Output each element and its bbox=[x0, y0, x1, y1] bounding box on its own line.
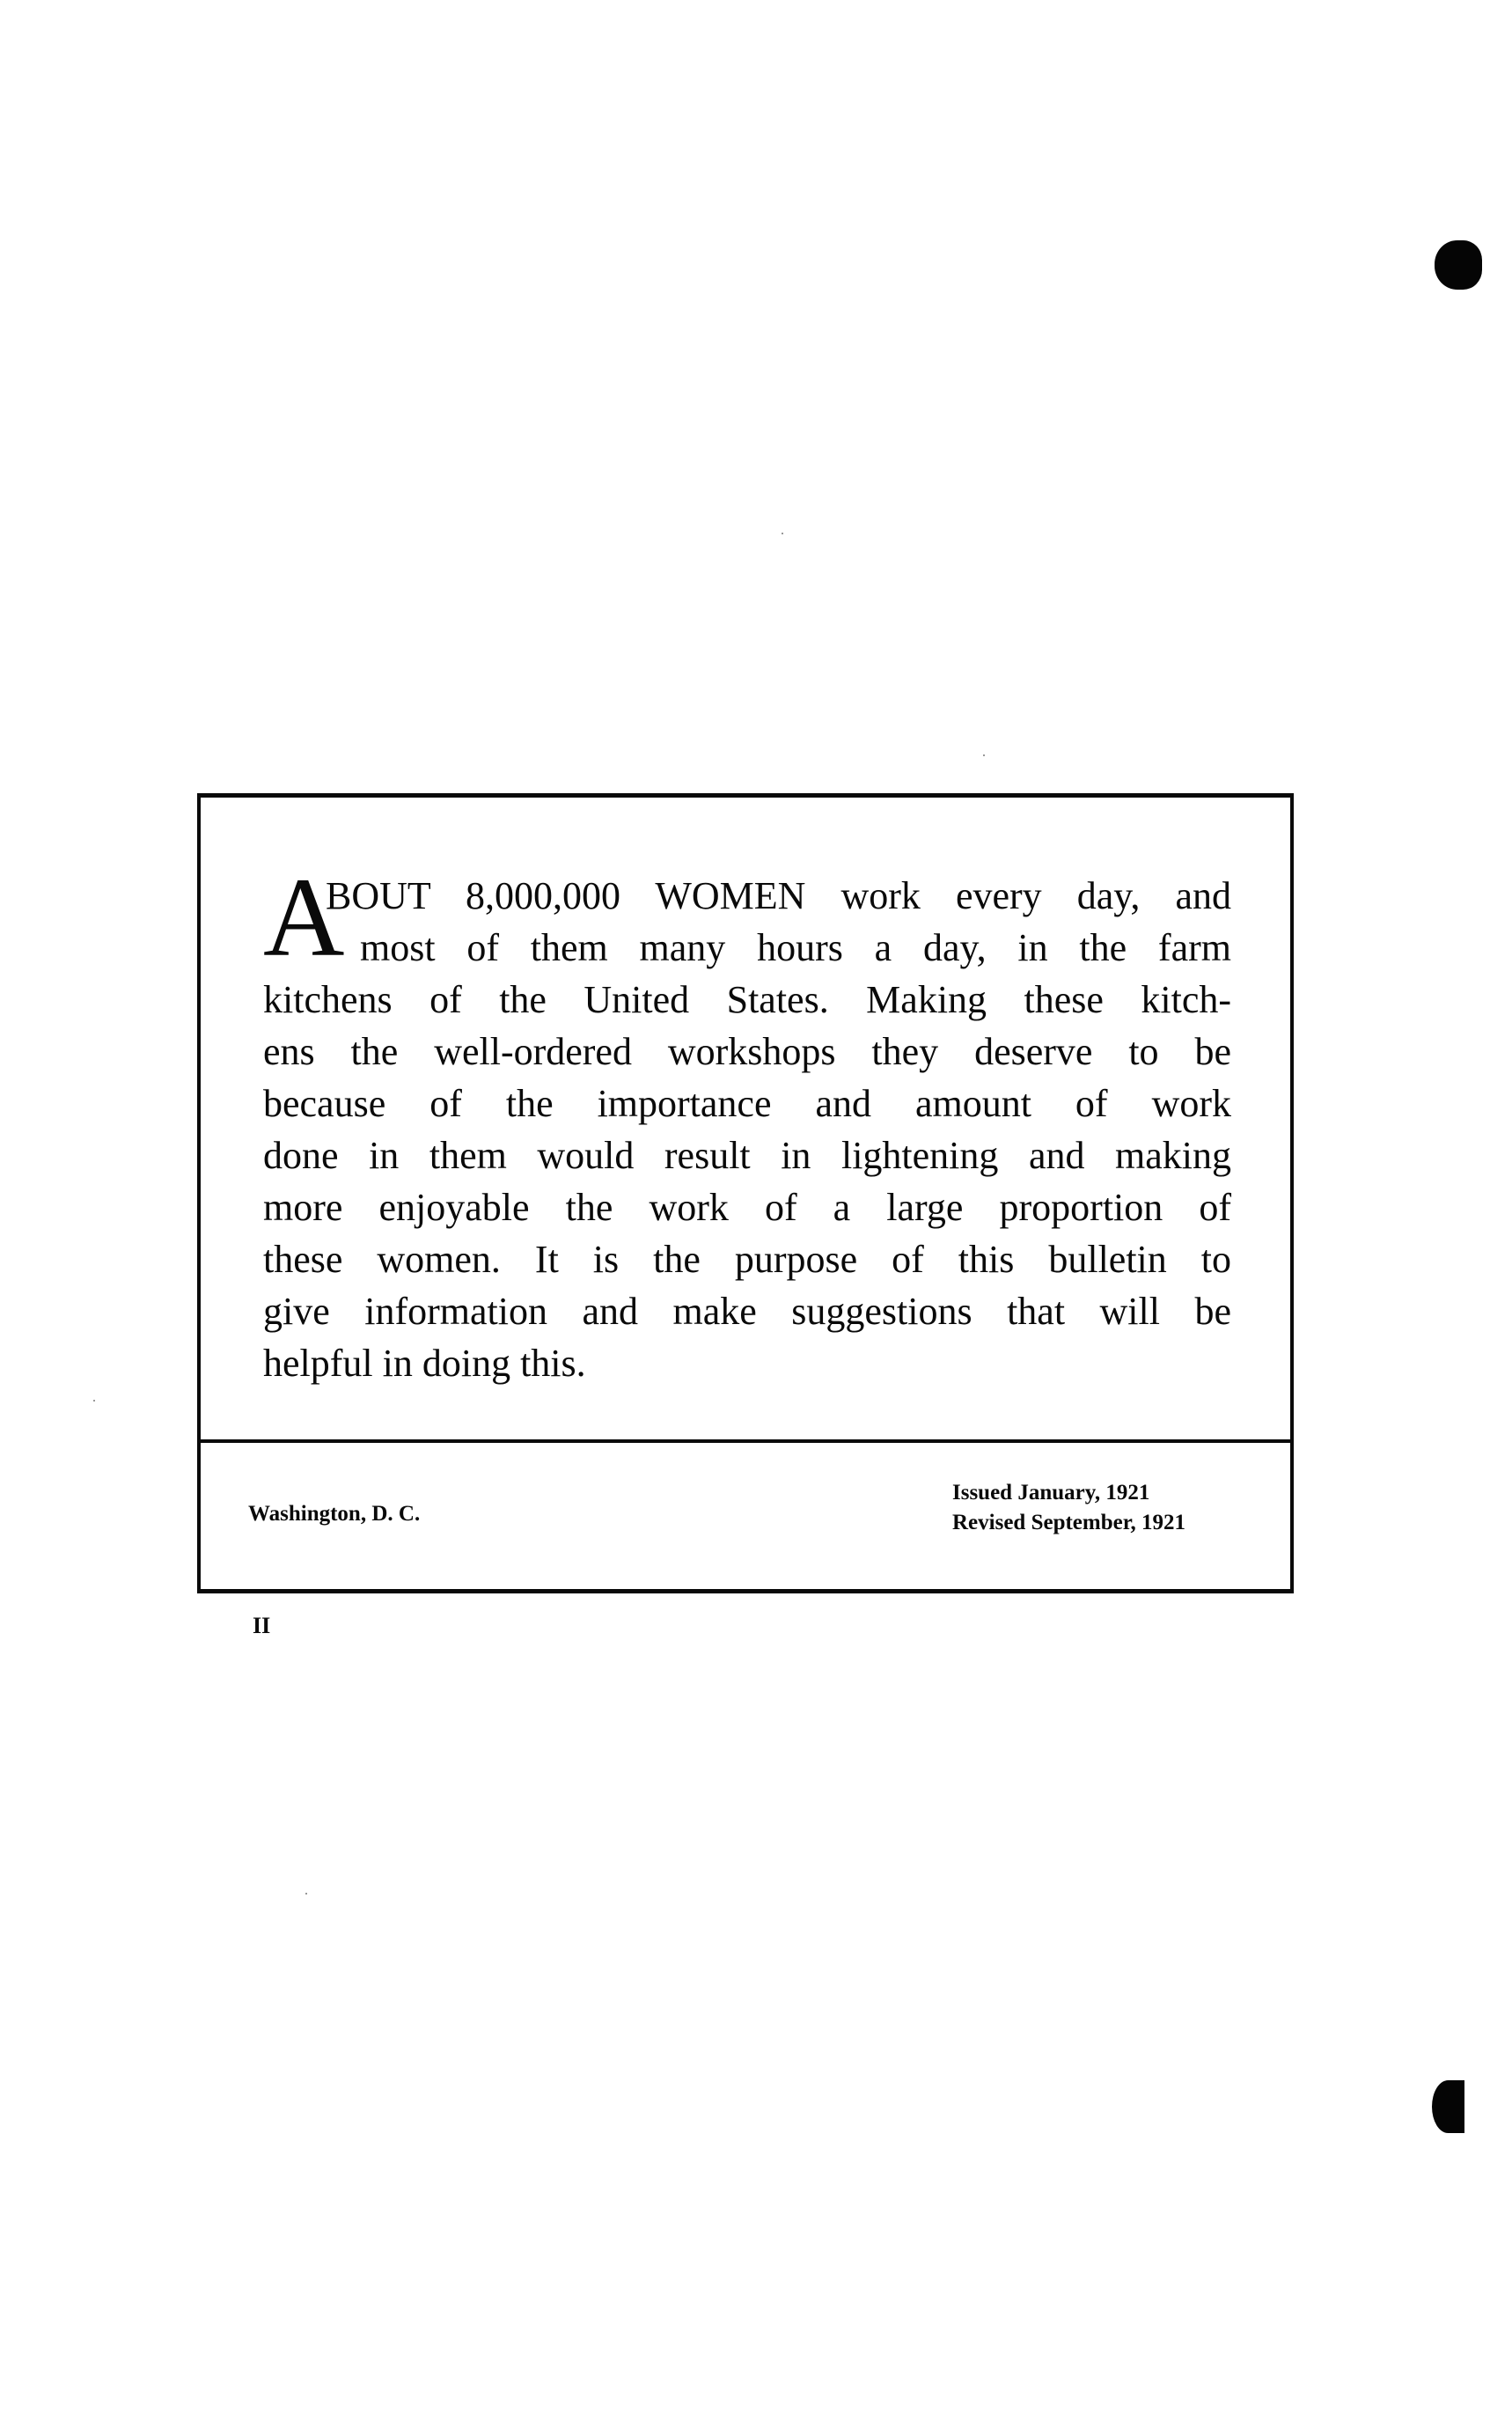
notice-line: ens the well-ordered workshops they dese… bbox=[263, 1026, 1231, 1078]
page-number: II bbox=[253, 1613, 270, 1639]
notice-line: these women. It is the purpose of this b… bbox=[263, 1233, 1231, 1285]
footer-divider bbox=[201, 1439, 1290, 1443]
notice-line: more enjoyable the work of a large propo… bbox=[263, 1181, 1231, 1233]
scan-speck bbox=[93, 1400, 95, 1402]
scan-speck bbox=[305, 1893, 307, 1895]
scan-speck bbox=[782, 533, 783, 534]
punch-hole-top bbox=[1435, 240, 1482, 290]
notice-line: because of the importance and amount of … bbox=[263, 1078, 1231, 1129]
notice-line: most of them many hours a day, in the fa… bbox=[263, 922, 1231, 974]
notice-box: A BOUT 8,000,000 WOMEN work every day, a… bbox=[197, 793, 1294, 1593]
notice-line: helpful in doing this. bbox=[263, 1337, 1231, 1389]
punch-hole-bottom bbox=[1432, 2080, 1464, 2133]
notice-line: give information and make suggestions th… bbox=[263, 1285, 1231, 1337]
notice-line: BOUT 8,000,000 WOMEN work every day, and bbox=[263, 870, 1231, 922]
revised-date: Revised September, 1921 bbox=[952, 1508, 1185, 1538]
scan-speck bbox=[983, 754, 985, 756]
notice-line: done in them would result in lightening … bbox=[263, 1129, 1231, 1181]
publication-place: Washington, D. C. bbox=[248, 1502, 420, 1527]
notice-paragraph: A BOUT 8,000,000 WOMEN work every day, a… bbox=[263, 870, 1231, 1389]
drop-cap: A bbox=[263, 877, 344, 958]
notice-line: kitchens of the United States. Making th… bbox=[263, 974, 1231, 1026]
issued-date: Issued January, 1921 bbox=[952, 1478, 1185, 1508]
publication-dates: Issued January, 1921 Revised September, … bbox=[952, 1478, 1185, 1538]
